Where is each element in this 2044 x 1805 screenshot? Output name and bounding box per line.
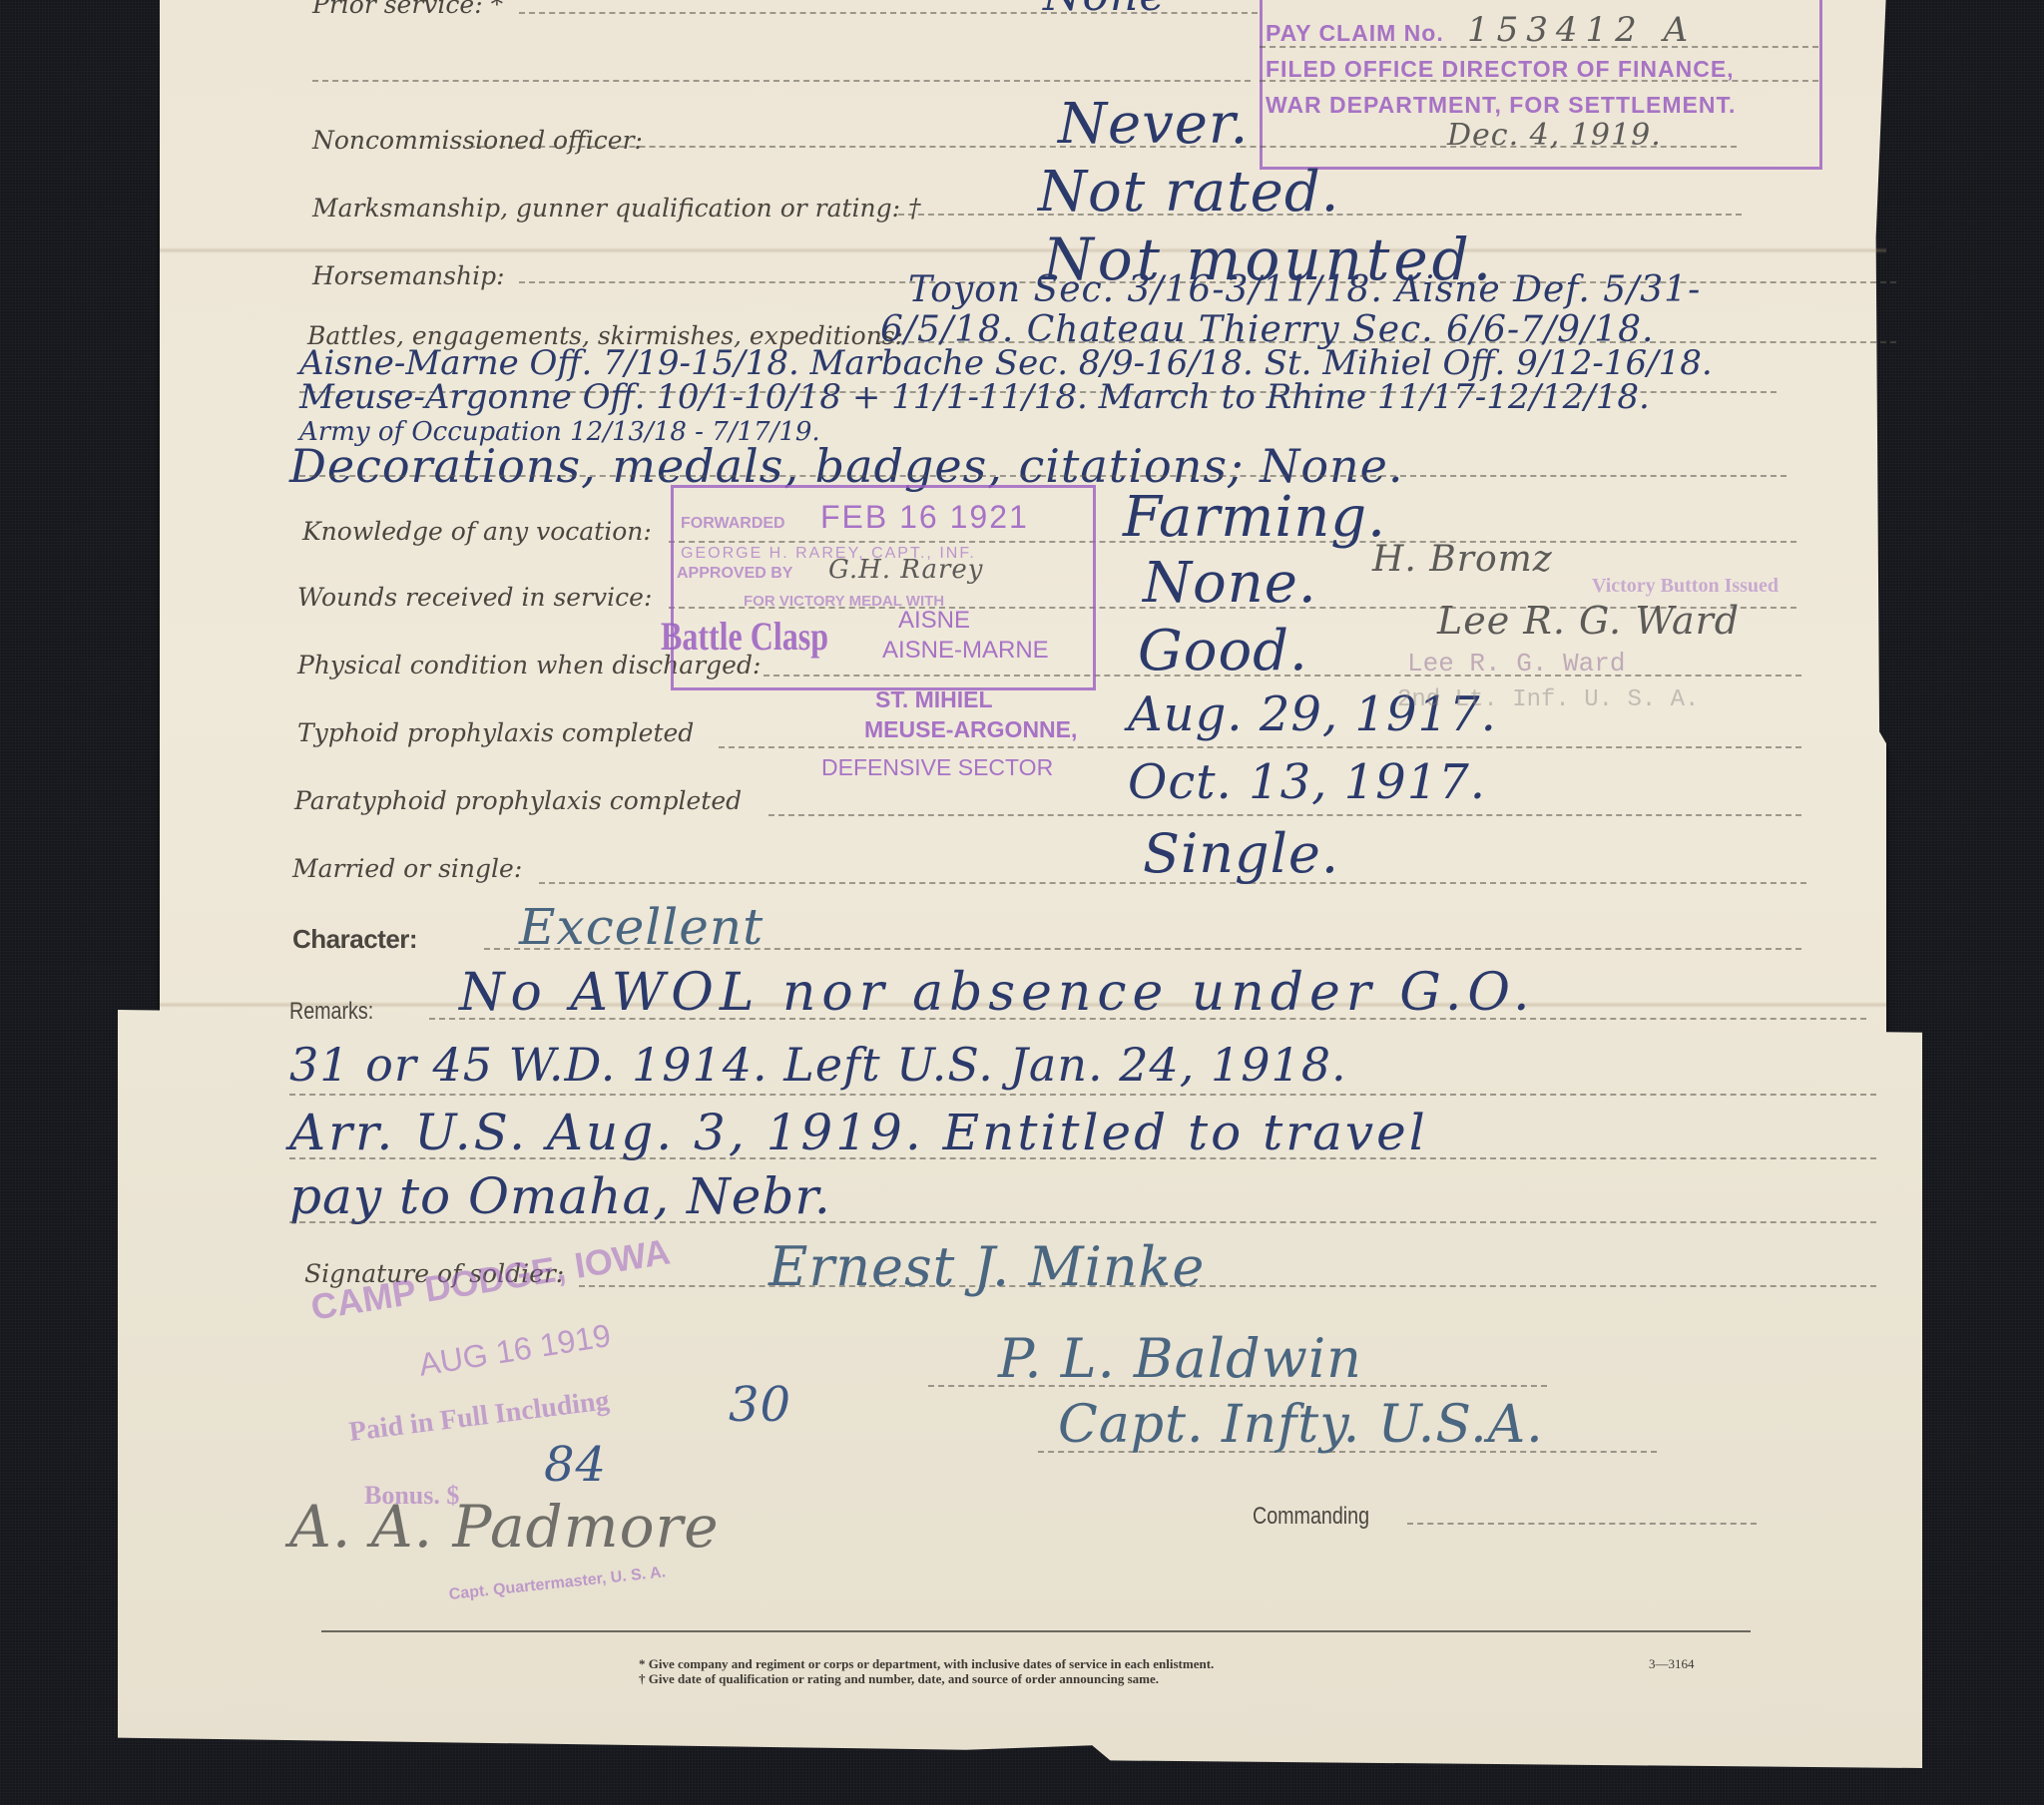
value-remarks-line: pay to Omaha, Nebr.	[289, 1167, 831, 1225]
dotted-line	[1407, 1523, 1757, 1525]
label-marksmanship: Marksmanship, gunner qualification or ra…	[312, 194, 921, 223]
value-wounds: None.	[1143, 551, 1317, 616]
dotted-line	[299, 475, 1787, 477]
label-horsemanship: Horsemanship:	[312, 261, 505, 290]
dotted-line	[719, 746, 1801, 748]
value-noncommissioned-officer: Never.	[1058, 92, 1249, 157]
stamp-approved-by: APPROVED BY	[677, 565, 792, 583]
clasp-aisne: AISNE	[898, 607, 970, 635]
stamp-forwarded: FORWARDED	[681, 515, 785, 533]
form-number: 3—3164	[1649, 1656, 1695, 1671]
value-character: Excellent	[519, 898, 764, 956]
footnote-asterisk: * Give company and regiment or corps or …	[639, 1656, 1214, 1671]
signature-quartermaster: A. A. Padmore	[289, 1493, 720, 1561]
dotted-line	[289, 1094, 1876, 1096]
stamp-forwarded-date: FEB 16 1921	[820, 499, 1029, 536]
clasp-meuse-argonne: MEUSE-ARGONNE,	[864, 716, 1077, 743]
value-remarks-line: Arr. U.S. Aug. 3, 1919. Entitled to trav…	[289, 1104, 1428, 1161]
label-character: Character:	[292, 924, 417, 955]
label-marital-status: Married or single:	[292, 854, 522, 883]
paper-fold-crease	[160, 247, 1886, 253]
value-vocation: Farming.	[1123, 485, 1386, 550]
signature-commanding-title: Capt. Infty. U.S.A.	[1058, 1395, 1544, 1455]
value-marksmanship: Not rated.	[1038, 160, 1339, 225]
value-remarks-line: 31 or 45 W.D. 1914. Left U.S. Jan. 24, 1…	[289, 1038, 1347, 1092]
label-typhoid: Typhoid prophylaxis completed	[297, 718, 694, 747]
dotted-line	[1260, 46, 1818, 48]
clasp-aisne-marne: AISNE-MARNE	[882, 637, 1049, 665]
value-physical-condition: Good.	[1138, 619, 1308, 683]
dotted-line	[289, 1157, 1876, 1159]
value-battles-line: Toyon Sec. 3/16-3/11/18. Aisne Def. 5/31…	[908, 269, 1701, 310]
label-commanding: Commanding	[1253, 1503, 1369, 1531]
value-prior-service: None	[1043, 0, 1166, 21]
label-prior-service: Prior service: *	[312, 0, 503, 19]
value-paratyphoid: Oct. 13, 1917.	[1128, 754, 1486, 810]
victory-button-typed-name: Lee R. G. Ward	[1407, 649, 1625, 678]
paid-amount-handwritten: 30	[729, 1377, 791, 1433]
victory-button-issued-stamp: Victory Button Issued	[1592, 575, 1779, 598]
clasp-st-mihiel: ST. MIHIEL	[875, 686, 993, 713]
label-noncommissioned-officer: Noncommissioned officer:	[312, 126, 643, 155]
label-remarks: Remarks:	[289, 998, 373, 1026]
signature-soldier: Ernest J. Minke	[768, 1235, 1205, 1298]
pay-claim-line2: FILED OFFICE DIRECTOR OF FINANCE,	[1266, 56, 1735, 83]
label-vocation: Knowledge of any vocation:	[302, 517, 652, 546]
pay-claim-number: 153412 A	[1467, 10, 1696, 50]
value-battles-line: Meuse-Argonne Off. 10/1-10/18 + 11/1-11/…	[299, 377, 1650, 417]
stamp-approver-signature: G.H. Rarey	[828, 555, 984, 585]
footnote-dagger: † Give date of qualification or rating a…	[639, 1671, 1159, 1686]
value-remarks-line: No AWOL nor absence under G.O.	[459, 963, 1536, 1023]
bonus-amount-handwritten: 84	[544, 1437, 607, 1493]
footer-rule	[321, 1630, 1751, 1632]
dotted-line	[289, 1221, 1876, 1223]
stamp-battle-clasp: Battle Clasp	[661, 613, 828, 660]
value-marital-status: Single.	[1143, 822, 1339, 885]
pay-claim-prefix: PAY CLAIM No.	[1266, 20, 1444, 47]
signature-commanding-officer: P. L. Baldwin	[998, 1327, 1362, 1390]
victory-button-typed-rank: 2nd Lt. Inf. U. S. A.	[1397, 686, 1699, 713]
clasp-defensive-sector: DEFENSIVE SECTOR	[821, 754, 1053, 781]
dotted-line	[768, 814, 1801, 816]
label-paratyphoid: Paratyphoid prophylaxis completed	[294, 786, 742, 815]
label-wounds: Wounds received in service:	[297, 583, 652, 612]
victory-button-initials: H. Bromz	[1372, 539, 1553, 580]
dotted-line	[312, 80, 1251, 82]
victory-button-signature: Lee R. G. Ward	[1437, 599, 1740, 643]
dotted-line	[1260, 80, 1818, 82]
pay-claim-line3: WAR DEPARTMENT, FOR SETTLEMENT.	[1266, 92, 1736, 119]
